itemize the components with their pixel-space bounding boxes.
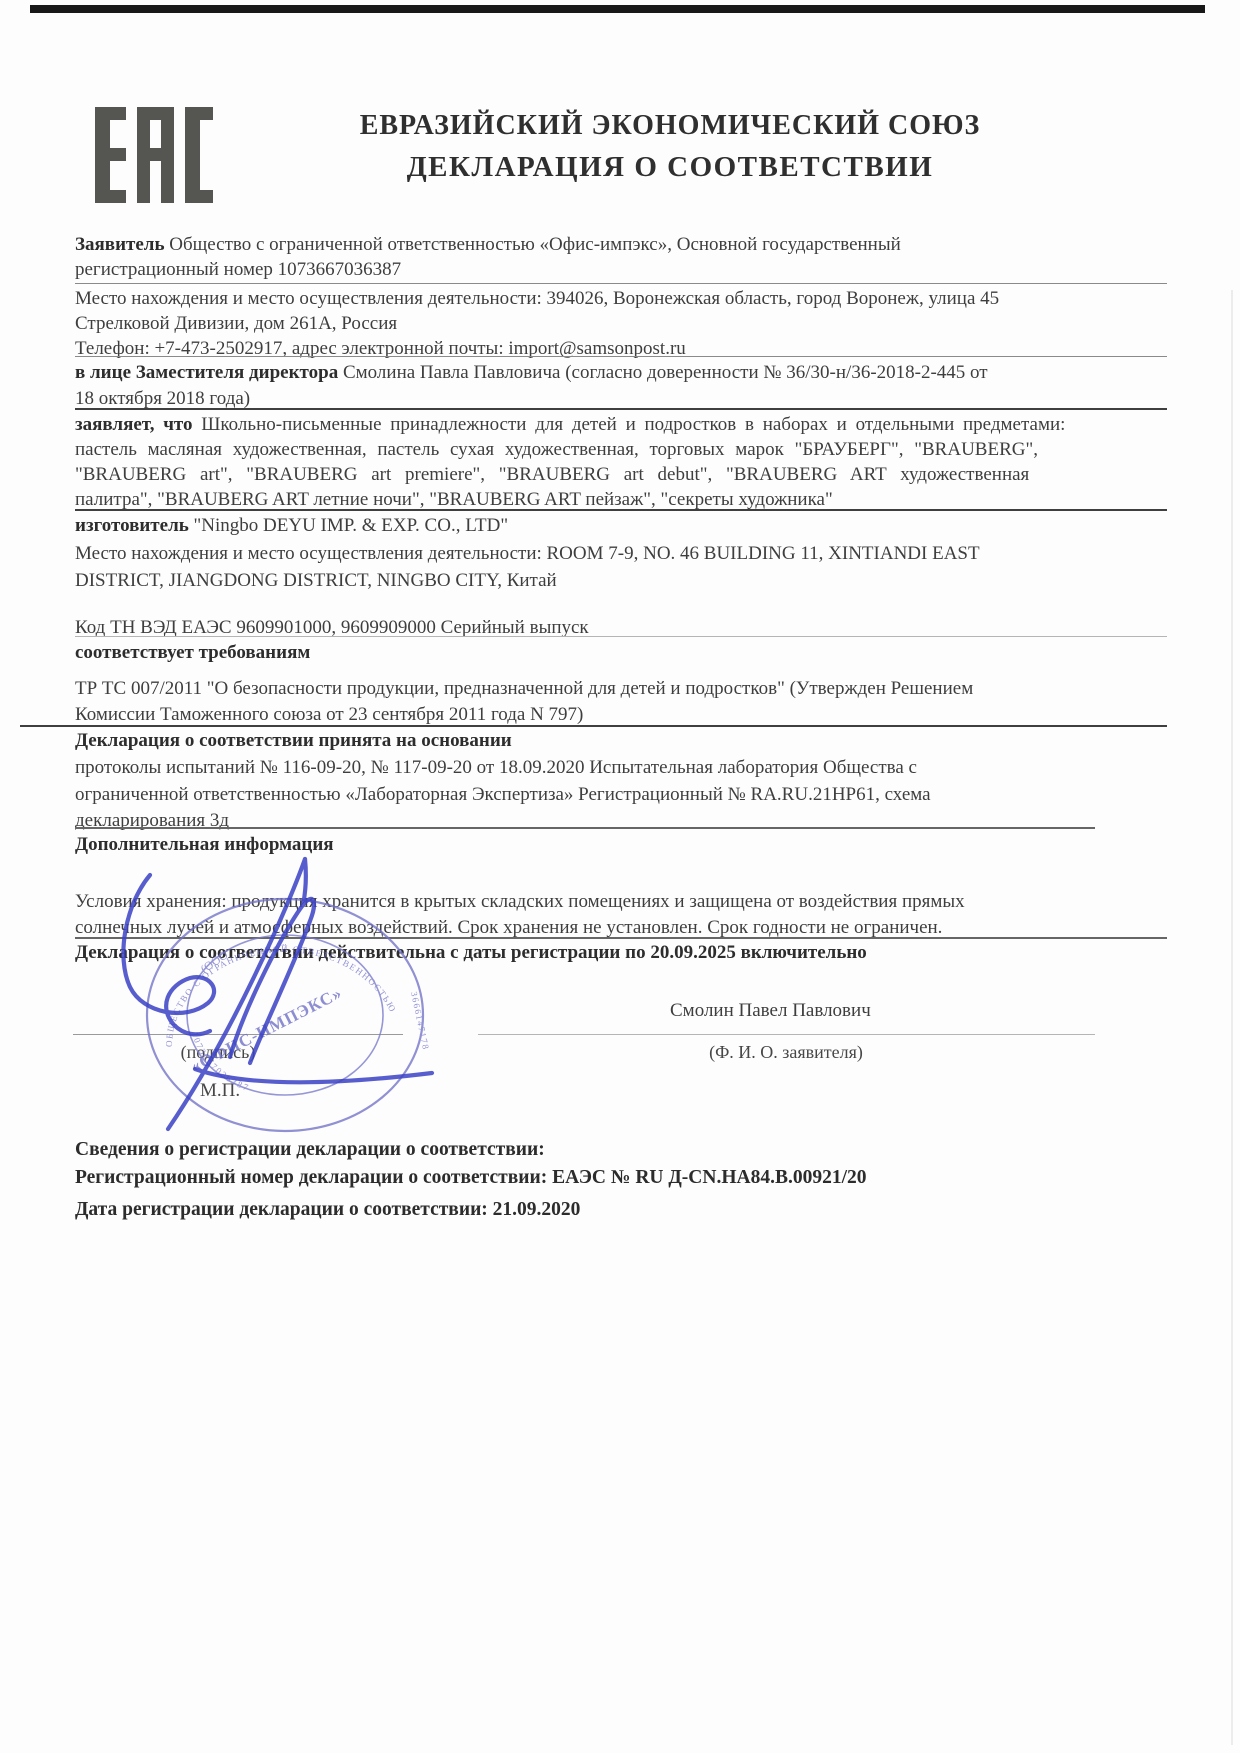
scan-top-bar (30, 5, 1205, 13)
complies-label: соответствует требованиям (75, 641, 1167, 666)
scan-edge-line (1231, 290, 1233, 1745)
manufacturer-address: Место нахождения и место осуществления д… (75, 541, 1167, 594)
eac-logo-icon (95, 107, 213, 205)
registration-date-label: Дата регистрации декларации о соответств… (75, 1199, 488, 1220)
name-line (478, 1034, 1095, 1035)
declares-line: "BRAUBERG art", "BRAUBERG art premiere",… (75, 463, 1167, 488)
applicant-paragraph: Заявитель Общество с ограниченной ответс… (75, 233, 1167, 283)
divider (75, 283, 1167, 284)
complies-text: ТР ТС 007/2011 "О безопасности продукции… (75, 676, 1167, 727)
name-caption: (Ф. И. О. заявителя) (709, 1042, 863, 1063)
divider (75, 509, 1167, 511)
applicant-address: Место нахождения и место осуществления д… (75, 287, 1167, 361)
divider (75, 356, 1167, 357)
registration-number-label: Регистрационный номер декларации о соотв… (75, 1167, 547, 1188)
registration-number-line: Регистрационный номер декларации о соотв… (75, 1166, 1167, 1191)
divider (75, 408, 1167, 410)
applicant-text: Общество с ограниченной ответственностью… (75, 234, 901, 280)
basis-text: протоколы испытаний № 116-09-20, № 117-0… (75, 755, 1167, 835)
manufacturer-paragraph: изготовитель "Ningbo DEYU IMP. & EXP. CO… (75, 514, 1167, 539)
basis-label: Декларация о соответствии принята на осн… (75, 729, 1167, 754)
manufacturer-text: "Ningbo DEYU IMP. & EXP. CO., LTD" (189, 515, 508, 536)
document-title: ДЕКЛАРАЦИЯ О СООТВЕТСТВИИ (240, 151, 1100, 184)
divider (20, 725, 1167, 727)
declaration-document: ЕВРАЗИЙСКИЙ ЭКОНОМИЧЕСКИЙ СОЮЗ ДЕКЛАРАЦИ… (0, 0, 1240, 1753)
manufacturer-label: изготовитель (75, 515, 189, 536)
applicant-label: Заявитель (75, 234, 165, 255)
divider (75, 827, 1095, 829)
applicant-name: Смолин Павел Павлович (670, 1000, 900, 1022)
representative-paragraph: в лице Заместителя директора Смолина Пав… (75, 360, 1167, 412)
divider (75, 636, 1167, 637)
representative-label: в лице Заместителя директора (75, 362, 338, 383)
declares-line: заявляет, что Школьно-письменные принадл… (75, 413, 1167, 438)
registration-info-label: Сведения о регистрации декларации о соот… (75, 1138, 1167, 1163)
tnved-code-line: Код ТН ВЭД ЕАЭС 9609901000, 9609909000 С… (75, 616, 1167, 641)
registration-date-line: Дата регистрации декларации о соответств… (75, 1198, 1167, 1223)
union-title: ЕВРАЗИЙСКИЙ ЭКОНОМИЧЕСКИЙ СОЮЗ (240, 110, 1100, 142)
handwritten-signature (100, 845, 480, 1145)
registration-number-value: ЕАЭС № RU Д-CN.НА84.В.00921/20 (547, 1167, 866, 1188)
registration-date-value: 21.09.2020 (488, 1199, 581, 1220)
declares-label: заявляет, что (75, 414, 193, 435)
declares-line: пастель масляная художественная, пастель… (75, 438, 1167, 463)
declares-text-1: Школьно-письменные принадлежности для де… (193, 414, 1066, 435)
